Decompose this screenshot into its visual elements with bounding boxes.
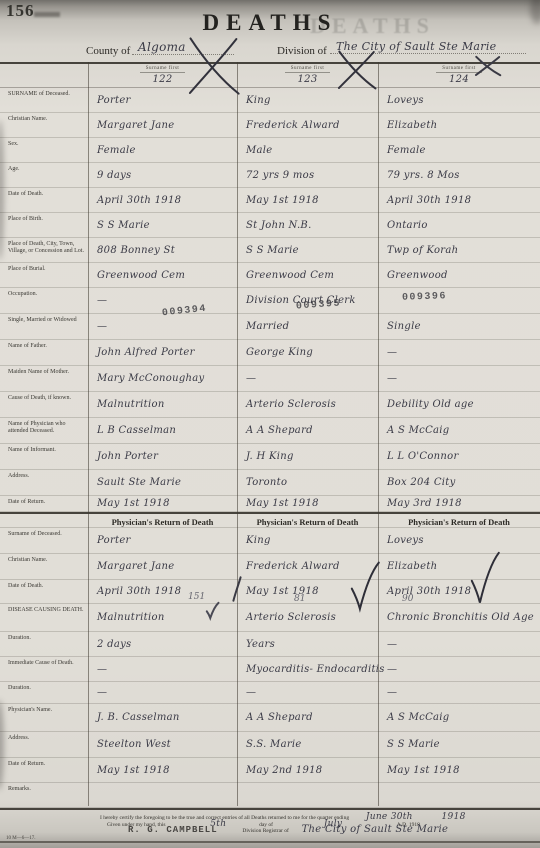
handwritten-value: Mary McConoughay [97, 373, 204, 384]
physician-return-cell: S S Marie [378, 732, 540, 757]
handwritten-value: — [387, 639, 397, 650]
row-label: Maiden Name of Mother. [0, 366, 88, 391]
registrar-division: The City of Sault Ste Marie [302, 824, 449, 835]
handwritten-value: A A Shepard [246, 425, 313, 436]
physician-return-cell: A S McCaig [378, 704, 540, 731]
table-vline [88, 62, 89, 806]
register-cell: John Alfred Porter [88, 340, 237, 365]
register-row: Date of Return.May 1st 1918May 1st 1918M… [0, 496, 540, 512]
register-row: Name of Informant.John PorterJ. H KingL … [0, 444, 540, 470]
handwritten-value: Debility Old age [387, 399, 474, 410]
handwritten-value: Female [97, 145, 136, 156]
handwritten-value: Loveys [387, 95, 424, 106]
handwritten-value: 72 yrs 9 mos [246, 170, 314, 181]
physician-return-row: Christian Name.Margaret JaneFrederick Al… [0, 554, 540, 580]
register-cell: May 1st 1918 [237, 188, 378, 212]
register-row: Place of Birth.S S MarieSt John N.B.Onta… [0, 213, 540, 238]
surname-first-note: Surname first [285, 66, 331, 73]
entry-number: 124 [449, 74, 469, 85]
registrar-label: Division Registrar of [242, 828, 288, 834]
handwritten-value: — [387, 687, 397, 698]
handwritten-value: Arterio Sclerosis [246, 612, 336, 623]
handwritten-value: Married [246, 321, 289, 332]
row-label: Duration. [0, 682, 88, 703]
row-label: Single, Married or Widowed [0, 314, 88, 339]
physician-return-cell: — [237, 682, 378, 703]
physician-return-cell: Porter [88, 528, 237, 553]
register-cell: George King [237, 340, 378, 365]
register-cell: John Porter [88, 444, 237, 469]
handwritten-value: May 2nd 1918 [246, 765, 322, 776]
register-row: Name of Physician who attended Deceased.… [0, 418, 540, 444]
register-cell: Toronto [237, 470, 378, 495]
row-label: Duration. [0, 632, 88, 656]
register-cell: Loveys [378, 88, 540, 112]
row-label: Date of Death. [0, 580, 88, 603]
register-cell: April 30th 1918 [378, 188, 540, 212]
physician-return-row: Surname of Deceased.PorterKingLoveys [0, 528, 540, 554]
physician-return-row: Date of Death.April 30th 1918May 1st 191… [0, 580, 540, 604]
handwritten-value: May 1st 1918 [246, 586, 319, 597]
x-mark [474, 56, 502, 76]
register-cell: Married [237, 314, 378, 339]
handwritten-value: May 1st 1918 [246, 498, 319, 509]
x-mark [336, 50, 378, 90]
handwritten-value: J. H King [246, 451, 294, 462]
physician-return-cell: Elizabeth [378, 554, 540, 579]
entry-number: 123 [298, 74, 318, 85]
handwritten-value: Malnutrition [97, 399, 165, 410]
physician-return-cell: — [88, 657, 237, 681]
physician-return-cell: May 1st 1918 [88, 758, 237, 782]
handwritten-value: Malnutrition [97, 612, 165, 623]
physician-return-cell: A A Shepard [237, 704, 378, 731]
handwritten-value: Single [387, 321, 421, 332]
row-label: Name of Informant. [0, 444, 88, 469]
handwritten-value: Margaret Jane [97, 561, 174, 572]
register-cell: St John N.B. [237, 213, 378, 237]
row-label: Physician's Name. [0, 704, 88, 731]
handwritten-value: King [246, 95, 271, 106]
physician-return-cell [378, 783, 540, 807]
handwritten-value: Female [387, 145, 426, 156]
handwritten-value: King [246, 535, 271, 546]
register-cell: — [378, 366, 540, 391]
register-cell: 808 Bonney St [88, 238, 237, 262]
register-cell: Ontario [378, 213, 540, 237]
physician-return-row: Physician's Name.J. B. CasselmanA A Shep… [0, 704, 540, 732]
register-cell: Greenwood Cem [237, 263, 378, 287]
physician-return-cell: Years [237, 632, 378, 656]
handwritten-value: — [387, 373, 397, 384]
handwritten-value: — [97, 664, 107, 675]
register-cell: Single [378, 314, 540, 339]
register-cell: Twp of Korah [378, 238, 540, 262]
handwritten-value: — [387, 347, 397, 358]
physician-return-cell: — [378, 657, 540, 681]
register-cell: 9 days [88, 163, 237, 187]
handwritten-value: April 30th 1918 [387, 195, 471, 206]
physician-return-header: Physician's Return of Death [378, 514, 540, 527]
register-cell: May 1st 1918 [88, 496, 237, 511]
handwritten-value: L L O'Connor [387, 451, 459, 462]
physician-return-cell: King [237, 528, 378, 553]
handwritten-value: 9 days [97, 170, 132, 181]
row-label: Christian Name. [0, 113, 88, 137]
register-cell: King [237, 88, 378, 112]
register-row: Age.9 days72 yrs 9 mos79 yrs. 8 Mos [0, 163, 540, 188]
handwritten-value: April 30th 1918 [387, 586, 471, 597]
handwritten-value: A S McCaig [387, 425, 449, 436]
handwritten-value: May 3rd 1918 [387, 498, 462, 509]
row-label: DISEASE CAUSING DEATH. [0, 604, 88, 631]
surname-first-note: Surname first [140, 66, 186, 73]
register-row: Place of Burial.Greenwood CemGreenwood C… [0, 263, 540, 288]
x-mark [186, 36, 242, 96]
check-mark [470, 550, 500, 606]
handwritten-value: Box 204 City [387, 477, 456, 488]
check-mark [206, 602, 219, 619]
column-header-row: Surname first122Surname first123Surname … [0, 64, 540, 88]
serial-number-stamp: 009396 [402, 291, 447, 304]
handwritten-value: Ontario [387, 220, 428, 231]
physician-return-cell: May 1st 1918 [378, 758, 540, 782]
handwritten-value: May 1st 1918 [246, 195, 319, 206]
register-cell: Debility Old age [378, 392, 540, 417]
handwritten-value: — [97, 295, 107, 306]
register-cell: Female [88, 138, 237, 162]
register-cell: J. H King [237, 444, 378, 469]
label-column-spacer [0, 514, 88, 527]
row-label: Christian Name. [0, 554, 88, 579]
physician-return-cell: Chronic Bronchitis Old Age [378, 604, 540, 631]
physician-return-row: Immediate Cause of Death.—Myocarditis- E… [0, 657, 540, 682]
row-label: Date of Return. [0, 758, 88, 782]
handwritten-value: Elizabeth [387, 561, 437, 572]
page-title: DEATHS [0, 10, 540, 36]
register-row: Address.Sault Ste MarieTorontoBox 204 Ci… [0, 470, 540, 496]
register-cell: Female [378, 138, 540, 162]
handwritten-value: Years [246, 639, 275, 650]
handwritten-value: Greenwood Cem [97, 270, 185, 281]
register-cell: Sault Ste Marie [88, 470, 237, 495]
label-column-header [0, 64, 88, 87]
register-row: Christian Name.Margaret JaneFrederick Al… [0, 113, 540, 138]
register-cell: Greenwood Cem [88, 263, 237, 287]
death-register-scan: 156 DEATHS DEATHS County of Algoma Divis… [0, 0, 540, 848]
handwritten-value: — [387, 664, 397, 675]
handwritten-value: S.S. Marie [246, 739, 302, 750]
physician-return-cell: — [378, 682, 540, 703]
register-row: Date of Death.April 30th 1918May 1st 191… [0, 188, 540, 213]
handwritten-value: May 1st 1918 [97, 765, 170, 776]
handwritten-value: St John N.B. [246, 220, 312, 231]
handwritten-value: Myocarditis- Endocarditis [246, 664, 385, 675]
register-cell: A A Shepard [237, 418, 378, 443]
handwritten-value: John Alfred Porter [97, 347, 195, 358]
county-label: County of [86, 45, 130, 57]
certification-footer: I hereby certify the foregoing to be the… [0, 808, 540, 848]
row-label: Immediate Cause of Death. [0, 657, 88, 681]
physician-return-row: Remarks. [0, 783, 540, 808]
physician-return-cell [88, 783, 237, 807]
division-label: Division of [277, 45, 327, 57]
handwritten-value: Elizabeth [387, 120, 437, 131]
handwritten-value: S S Marie [246, 245, 299, 256]
physician-return-cell: Steelton West [88, 732, 237, 757]
row-label: Name of Physician who attended Deceased. [0, 418, 88, 443]
register-cell: May 3rd 1918 [378, 496, 540, 511]
row-label: Surname of Deceased. [0, 528, 88, 553]
physician-return-row: Duration.——— [0, 682, 540, 704]
pencil-annotation: 81 [294, 594, 305, 604]
handwritten-value: Twp of Korah [387, 245, 458, 256]
handwritten-value: Margaret Jane [97, 120, 174, 131]
physician-return-row: DISEASE CAUSING DEATH.MalnutritionArteri… [0, 604, 540, 632]
physician-return-row: Date of Return.May 1st 1918May 2nd 1918M… [0, 758, 540, 783]
handwritten-value: Sault Ste Marie [97, 477, 181, 488]
register-row: Occupation.—Division Court Clerk [0, 288, 540, 314]
register-cell: Box 204 City [378, 470, 540, 495]
handwritten-value: — [246, 373, 256, 384]
register-row: Sex.FemaleMaleFemale [0, 138, 540, 163]
handwritten-value: Loveys [387, 535, 424, 546]
row-label: Sex. [0, 138, 88, 162]
row-label: Name of Father. [0, 340, 88, 365]
register-cell: Mary McConoughay [88, 366, 237, 391]
handwritten-value: Arterio Sclerosis [246, 399, 336, 410]
handwritten-value: S S Marie [97, 220, 150, 231]
register-row: Name of Father.John Alfred PorterGeorge … [0, 340, 540, 366]
register-table: Surname first122Surname first123Surname … [0, 62, 540, 810]
row-label: Address. [0, 470, 88, 495]
physician-return-cell: 2 days [88, 632, 237, 656]
county-division-line: County of Algoma Division of The City of… [0, 42, 540, 62]
register-row: SURNAME of Deceased.PorterKingLoveys [0, 88, 540, 113]
handwritten-value: A S McCaig [387, 712, 449, 723]
physician-return-cell: May 2nd 1918 [237, 758, 378, 782]
handwritten-value: — [97, 687, 107, 698]
register-cell: Frederick Alward [237, 113, 378, 137]
pencil-annotation: 90 [402, 594, 413, 604]
register-cell: Margaret Jane [88, 113, 237, 137]
handwritten-value: April 30th 1918 [97, 586, 181, 597]
handwritten-value: L B Casselman [97, 425, 176, 436]
row-label: Place of Death, City, Town, Village, or … [0, 238, 88, 262]
physician-return-header: Physician's Return of Death [237, 514, 378, 527]
row-label: Date of Return. [0, 496, 88, 511]
row-label: Date of Death. [0, 188, 88, 212]
handwritten-value: Frederick Alward [246, 120, 340, 131]
physician-return-header-row: Physician's Return of DeathPhysician's R… [0, 512, 540, 528]
handwritten-value: 2 days [97, 639, 132, 650]
physician-return-cell: J. B. Casselman [88, 704, 237, 731]
physician-return-cell [237, 783, 378, 807]
register-cell: — [378, 340, 540, 365]
physician-return-cell: Myocarditis- Endocarditis [237, 657, 378, 681]
registrar-name-stamp: R. G. CAMPBELL [128, 825, 218, 835]
pencil-annotation: 151 [188, 592, 205, 602]
handwritten-value: John Porter [97, 451, 158, 462]
register-cell: S S Marie [88, 213, 237, 237]
handwritten-value: Toronto [246, 477, 287, 488]
row-label: Cause of Death, if known. [0, 392, 88, 417]
handwritten-value: May 1st 1918 [387, 765, 460, 776]
handwritten-value: — [97, 321, 107, 332]
physician-return-row: Duration.2 daysYears— [0, 632, 540, 657]
register-cell: Elizabeth [378, 113, 540, 137]
handwritten-value: 79 yrs. 8 Mos [387, 170, 460, 181]
row-label: Place of Birth. [0, 213, 88, 237]
register-row: Place of Death, City, Town, Village, or … [0, 238, 540, 263]
handwritten-value: April 30th 1918 [97, 195, 181, 206]
handwritten-value: Chronic Bronchitis Old Age [387, 612, 534, 623]
handwritten-value: Male [246, 145, 273, 156]
register-row: Maiden Name of Mother.Mary McConoughay—— [0, 366, 540, 392]
physician-return-header: Physician's Return of Death [88, 514, 237, 527]
register-cell: A S McCaig [378, 418, 540, 443]
physician-return-cell: S.S. Marie [237, 732, 378, 757]
register-cell: April 30th 1918 [88, 188, 237, 212]
physician-return-cell: Margaret Jane [88, 554, 237, 579]
check-mark [350, 560, 380, 612]
handwritten-value: Porter [97, 95, 131, 106]
register-cell: L B Casselman [88, 418, 237, 443]
registrar-line: R. G. CAMPBELL Division Registrar of The… [128, 824, 448, 835]
handwritten-value: S S Marie [387, 739, 440, 750]
handwritten-value: Porter [97, 535, 131, 546]
register-cell: — [237, 366, 378, 391]
row-label: Place of Burial. [0, 263, 88, 287]
handwritten-value: 808 Bonney St [97, 245, 175, 256]
row-label: Age. [0, 163, 88, 187]
handwritten-value: Frederick Alward [246, 561, 340, 572]
handwritten-value: May 1st 1918 [97, 498, 170, 509]
row-label: Remarks. [0, 783, 88, 807]
table-vline [237, 62, 238, 806]
handwritten-value: — [246, 687, 256, 698]
register-cell: 72 yrs 9 mos [237, 163, 378, 187]
row-label: SURNAME of Deceased. [0, 88, 88, 112]
register-cell: Arterio Sclerosis [237, 392, 378, 417]
slash-mark [232, 576, 242, 602]
register-cell: Malnutrition [88, 392, 237, 417]
register-row: Cause of Death, if known.MalnutritionArt… [0, 392, 540, 418]
register-row: Single, Married or Widowed—MarriedSingle [0, 314, 540, 340]
handwritten-value: George King [246, 347, 313, 358]
entry-number: 122 [153, 74, 173, 85]
handwritten-value: Steelton West [97, 739, 171, 750]
row-label: Address. [0, 732, 88, 757]
physician-return-cell: April 30th 1918 [88, 580, 237, 603]
physician-return-row: Address.Steelton WestS.S. MarieS S Marie [0, 732, 540, 758]
row-label: Occupation. [0, 288, 88, 313]
form-code: 10 M—6—17. [6, 836, 35, 841]
register-cell: 79 yrs. 8 Mos [378, 163, 540, 187]
table-vline [378, 62, 379, 806]
register-cell: Greenwood [378, 263, 540, 287]
physician-return-cell: — [88, 682, 237, 703]
physician-return-cell: — [378, 632, 540, 656]
handwritten-value: J. B. Casselman [97, 712, 180, 723]
handwritten-value: Greenwood Cem [246, 270, 334, 281]
register-cell: S S Marie [237, 238, 378, 262]
entry-column-header: Surname first124 [378, 64, 540, 87]
register-cell: L L O'Connor [378, 444, 540, 469]
register-cell: Male [237, 138, 378, 162]
quarter-ending-year: 1918 [442, 812, 466, 822]
handwritten-value: Greenwood [387, 270, 448, 281]
register-cell: May 1st 1918 [237, 496, 378, 511]
handwritten-value: A A Shepard [246, 712, 313, 723]
physician-return-cell: Loveys [378, 528, 540, 553]
